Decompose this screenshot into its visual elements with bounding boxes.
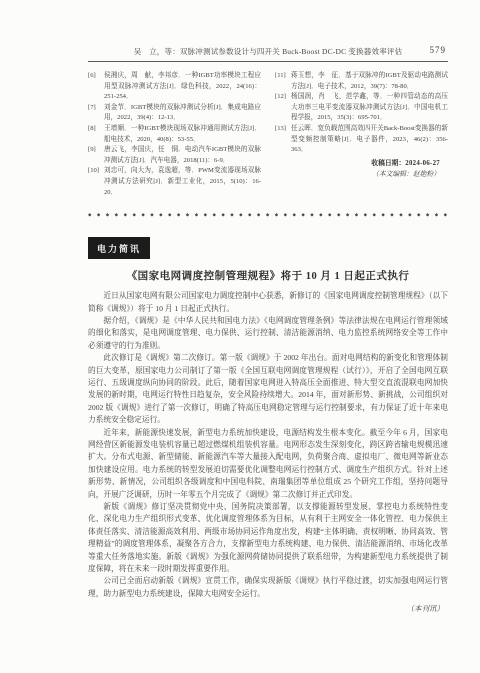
reference-number: [9] <box>88 145 104 166</box>
page-number: 579 <box>430 45 447 55</box>
reference-text: 蒋玉想，李 征．基于双脉冲的IGBT及驱动电路测试方法[J]．电子技术，2012… <box>291 71 448 92</box>
news-body: 近日从国家电网有限公司国家电力调度控制中心获悉，新修订的《国家电网调度控制管理规… <box>88 290 448 600</box>
news-section-badge: 电力简讯 <box>88 237 150 259</box>
news-paragraph: 新版《调规》修订坚决贯彻党中央、国务院决策部署，以支撑能源转型发展、掌控电力系统… <box>88 501 448 575</box>
received-date-value: 2024-06-27 <box>405 160 440 167</box>
references-section: [6] 侯湘庆，周 献，李邦彦．一种IGBT功率模块工程应用型双脉冲测试方法[J… <box>88 71 448 198</box>
page-header: 吴 立，等：双脉冲测试参数设计与四开关 Buck-Boost DC-DC 变换器… <box>88 46 448 57</box>
reference-item: [8] 王增顺．一种IGBT模块现场双脉冲通用测试方法[J]．船电技术，2020… <box>88 124 261 145</box>
reference-text: 王增顺．一种IGBT模块现场双脉冲通用测试方法[J]．船电技术，2020，40(… <box>104 124 261 145</box>
reference-item: [6] 侯湘庆，周 献，李邦彦．一种IGBT功率模块工程应用型双脉冲测试方法[J… <box>88 71 261 103</box>
news-paragraph: 据介绍，《调规》是《中华人民共和国电力法》《电网调度管理条例》等法律法规在电网运… <box>88 315 448 352</box>
reference-text: 刘金节．IGBT模块的双脉冲测试分析[J]．集成电路应用，2022，39(4)：… <box>104 103 261 124</box>
reference-text: 杨国润，肖 飞，范学鑫，等．一种四管动态的高压大功率三电平变流器双脉冲测试方法[… <box>291 92 448 124</box>
news-byline: （本刊讯） <box>88 603 448 614</box>
news-paragraph: 近年来，新能源快速发展，新型电力系统加快建设，电源结构发生根本变化。截至今年 6… <box>88 427 448 501</box>
news-section: 电力简讯 《国家电网调度控制管理规程》将于 10 月 1 日起正式执行 近日从国… <box>88 218 448 614</box>
reference-item: [13] 任云晖．宽负载范围高效四开关Back-Boost变换器的新型变频控制策… <box>275 124 448 156</box>
reference-number: [6] <box>88 71 104 103</box>
reference-item: [11] 蒋玉想，李 征．基于双脉冲的IGBT及驱动电路测试方法[J]．电子技术… <box>275 71 448 92</box>
reference-item: [12] 杨国润，肖 飞，范学鑫，等．一种四管动态的高压大功率三电平变流器双脉冲… <box>275 92 448 124</box>
reference-number: [10] <box>88 166 104 198</box>
references-column-left: [6] 侯湘庆，周 献，李邦彦．一种IGBT功率模块工程应用型双脉冲测试方法[J… <box>88 71 261 198</box>
editor-note: （本文编辑：赵艳粉） <box>275 169 448 180</box>
reference-item: [7] 刘金节．IGBT模块的双脉冲测试分析[J]．集成电路应用，2022，39… <box>88 103 261 124</box>
reference-number: [8] <box>88 124 104 145</box>
running-title: 吴 立，等：双脉冲测试参数设计与四开关 Buck-Boost DC-DC 变换器… <box>134 46 403 57</box>
reference-text: 侯湘庆，周 献，李邦彦．一种IGBT功率模块工程应用型双脉冲测试方法[J]．绿色… <box>104 71 261 103</box>
header-rule <box>88 61 448 62</box>
reference-item: [9] 唐云飞，李国庆，任 铜．电动汽车IGBT模块的双脉冲测试方法[J]．汽车… <box>88 145 261 166</box>
journal-page: 吴 立，等：双脉冲测试参数设计与四开关 Buck-Boost DC-DC 变换器… <box>0 0 480 673</box>
reference-text: 任云晖．宽负载范围高效四开关Back-Boost变换器的新型变频控制策略[J]．… <box>291 124 448 156</box>
news-paragraph: 近日从国家电网有限公司国家电力调度控制中心获悉，新修订的《国家电网调度控制管理规… <box>88 290 448 315</box>
reference-number: [13] <box>275 124 291 156</box>
news-paragraph: 此次修订是《调规》第二次修订。第一版《调规》于 2002 年出台。面对电网结构的… <box>88 352 448 426</box>
reference-number: [7] <box>88 103 104 124</box>
reference-number: [11] <box>275 71 291 92</box>
references-column-right: [11] 蒋玉想，李 征．基于双脉冲的IGBT及驱动电路测试方法[J]．电子技术… <box>275 71 448 180</box>
received-date-line: 收稿日期：2024-06-27 <box>275 158 448 169</box>
received-date-label: 收稿日期： <box>371 160 405 167</box>
reference-number: [12] <box>275 92 291 124</box>
reference-text: 唐云飞，李国庆，任 铜．电动汽车IGBT模块的双脉冲测试方法[J]．汽车电器，2… <box>104 145 261 166</box>
reference-text: 刘忠可，向大为，袁逸超，等．PWM变流器现场双脉冲测试方法研究[J]．新型工业化… <box>104 166 261 198</box>
news-paragraph: 公司已全面启动新版《调规》宣贯工作，确保实现新版《调规》执行平稳过渡，切实加强电… <box>88 575 448 600</box>
news-title: 《国家电网调度控制管理规程》将于 10 月 1 日起正式执行 <box>88 268 448 283</box>
reference-item: [10] 刘忠可，向大为，袁逸超，等．PWM变流器现场双脉冲测试方法研究[J]．… <box>88 166 261 198</box>
